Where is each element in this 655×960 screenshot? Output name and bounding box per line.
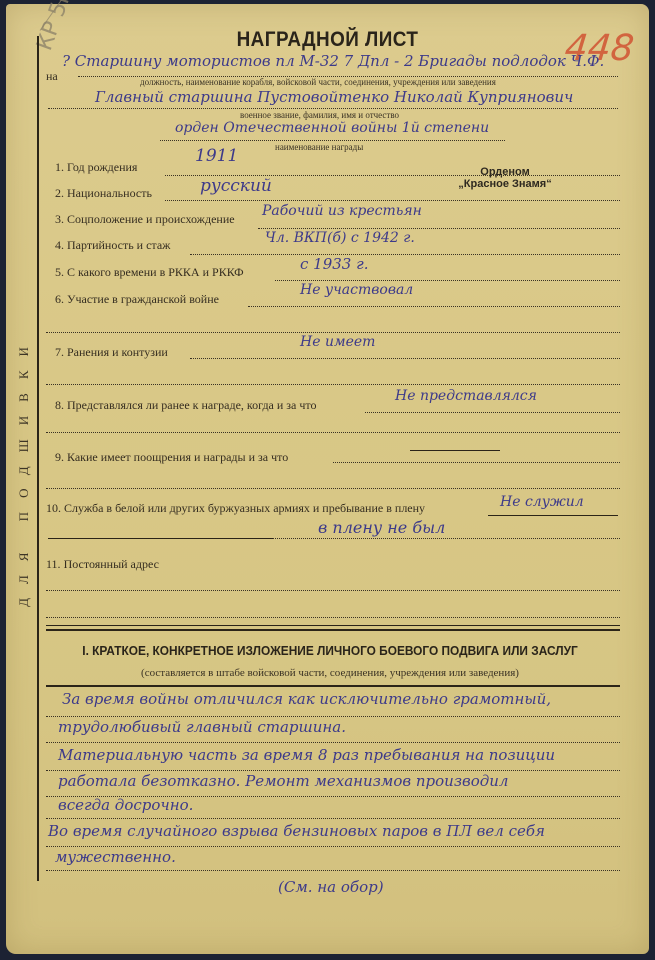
see-reverse-note: (См. на обор) [278, 878, 384, 896]
header-prefix: на [46, 69, 58, 84]
field-party-value: Чл. ВКП(б) с 1942 г. [265, 230, 415, 246]
field-wounds-value: Не имеет [300, 334, 375, 350]
field-civil-war-line-2 [46, 332, 620, 333]
field-white-army-value: Не служил [500, 494, 584, 510]
award-stamp-line2: „Красное Знамя“ [440, 178, 570, 190]
field-address-label: 11. Постоянный адрес [46, 557, 159, 572]
name-caption: военное звание, фамилия, имя и отчество [240, 110, 399, 120]
narrative-rule-2 [46, 742, 620, 743]
section-subheading: (составляется в штабе войсковой части, с… [40, 667, 620, 679]
award-stamp-line1: Орденом [440, 166, 570, 178]
narrative-rule-6 [46, 846, 620, 847]
field-previous-award-label: 8. Представлялся ли ранее к награде, ког… [55, 398, 317, 413]
narrative-line-3: Материальную часть за время 8 раз пребыв… [58, 746, 555, 764]
field-party-label: 4. Партийность и стаж [55, 238, 170, 253]
document-title: НАГРАДНОЙ ЛИСТ [33, 28, 623, 52]
field-commendations-line [333, 462, 620, 463]
field-social-origin-value: Рабочий из крестьян [262, 203, 422, 219]
binding-label: ДЛЯ ПОДШИВКИ [12, 310, 36, 630]
narrative-line-5: всегда досрочно. [58, 796, 193, 814]
field-commendations-label: 9. Какие имеет поощрения и награды и за … [55, 450, 288, 465]
field-wounds-line [190, 358, 620, 359]
field-service-since-value: с 1933 г. [300, 255, 368, 273]
field-service-since-line [275, 280, 620, 281]
field-wounds-label: 7. Ранения и контузии [55, 345, 168, 360]
section-rule [46, 685, 620, 687]
field-previous-award-line-2 [46, 432, 620, 433]
field-white-army-line-2b [273, 538, 620, 539]
field-address-line [46, 590, 620, 591]
narrative-rule-7 [46, 870, 620, 871]
field-birth-year-label: 1. Год рождения [55, 160, 137, 175]
narrative-rule-1 [46, 716, 620, 717]
narrative-line-4: работала безотказно. Ремонт механизмов п… [58, 772, 508, 790]
narrative-line-2: трудолюбивый главный старшина. [58, 718, 346, 736]
field-white-army-label: 10. Служба в белой или других буржуазных… [46, 501, 425, 516]
field-previous-award-value: Не представлялся [395, 388, 537, 404]
field-wounds-line-2 [46, 384, 620, 385]
section-divider-top [46, 625, 620, 626]
field-civil-war-line [248, 306, 620, 307]
award-caption: наименование награды [275, 142, 363, 152]
name-line [48, 108, 618, 109]
award-line [160, 140, 505, 141]
field-commendations-line-2 [46, 488, 620, 489]
field-birth-year-value: 1911 [195, 146, 238, 166]
field-nationality-value: русский [200, 176, 272, 196]
field-address-line-2 [46, 617, 620, 618]
narrative-rule-3 [46, 770, 620, 771]
binding-margin-line [37, 36, 39, 881]
field-white-army-value-2: в плену не был [318, 518, 445, 537]
award-stamp: Орденом „Красное Знамя“ [440, 166, 570, 190]
name-value: Главный старшина Пустовойтенко Николай К… [95, 88, 573, 106]
award-value: орден Отечественной войны 1й степени [175, 120, 489, 136]
field-social-origin-line [258, 228, 620, 229]
narrative-line-1: За время войны отличился как исключитель… [62, 690, 551, 708]
narrative-line-6: Во время случайного взрыва бензиновых па… [48, 822, 545, 840]
field-white-army-line-2a [48, 538, 273, 539]
field-social-origin-label: 3. Соцположение и происхождение [55, 212, 235, 227]
narrative-rule-5 [46, 818, 620, 819]
section-divider-bottom [46, 629, 620, 631]
section-heading: I. КРАТКОЕ, КОНКРЕТНОЕ ИЗЛОЖЕНИЕ ЛИЧНОГО… [55, 644, 606, 658]
field-white-army-line [488, 515, 618, 516]
field-civil-war-label: 6. Участие в гражданской войне [55, 292, 219, 307]
field-party-line [190, 254, 620, 255]
field-previous-award-line [365, 412, 620, 413]
field-commendations-dash [410, 450, 500, 451]
binding-label-text: ДЛЯ ПОДШИВКИ [16, 333, 32, 607]
position-value: ? Старшину мотористов пл М-32 7 Дпл - 2 … [62, 52, 604, 70]
position-caption: должность, наименование корабля, войсков… [140, 77, 496, 87]
field-nationality-line [165, 200, 620, 201]
field-service-since-label: 5. С какого времени в РККА и РККФ [55, 265, 244, 280]
field-civil-war-value: Не участвовал [300, 282, 413, 298]
field-nationality-label: 2. Национальность [55, 186, 152, 201]
narrative-line-7: мужественно. [55, 848, 176, 866]
